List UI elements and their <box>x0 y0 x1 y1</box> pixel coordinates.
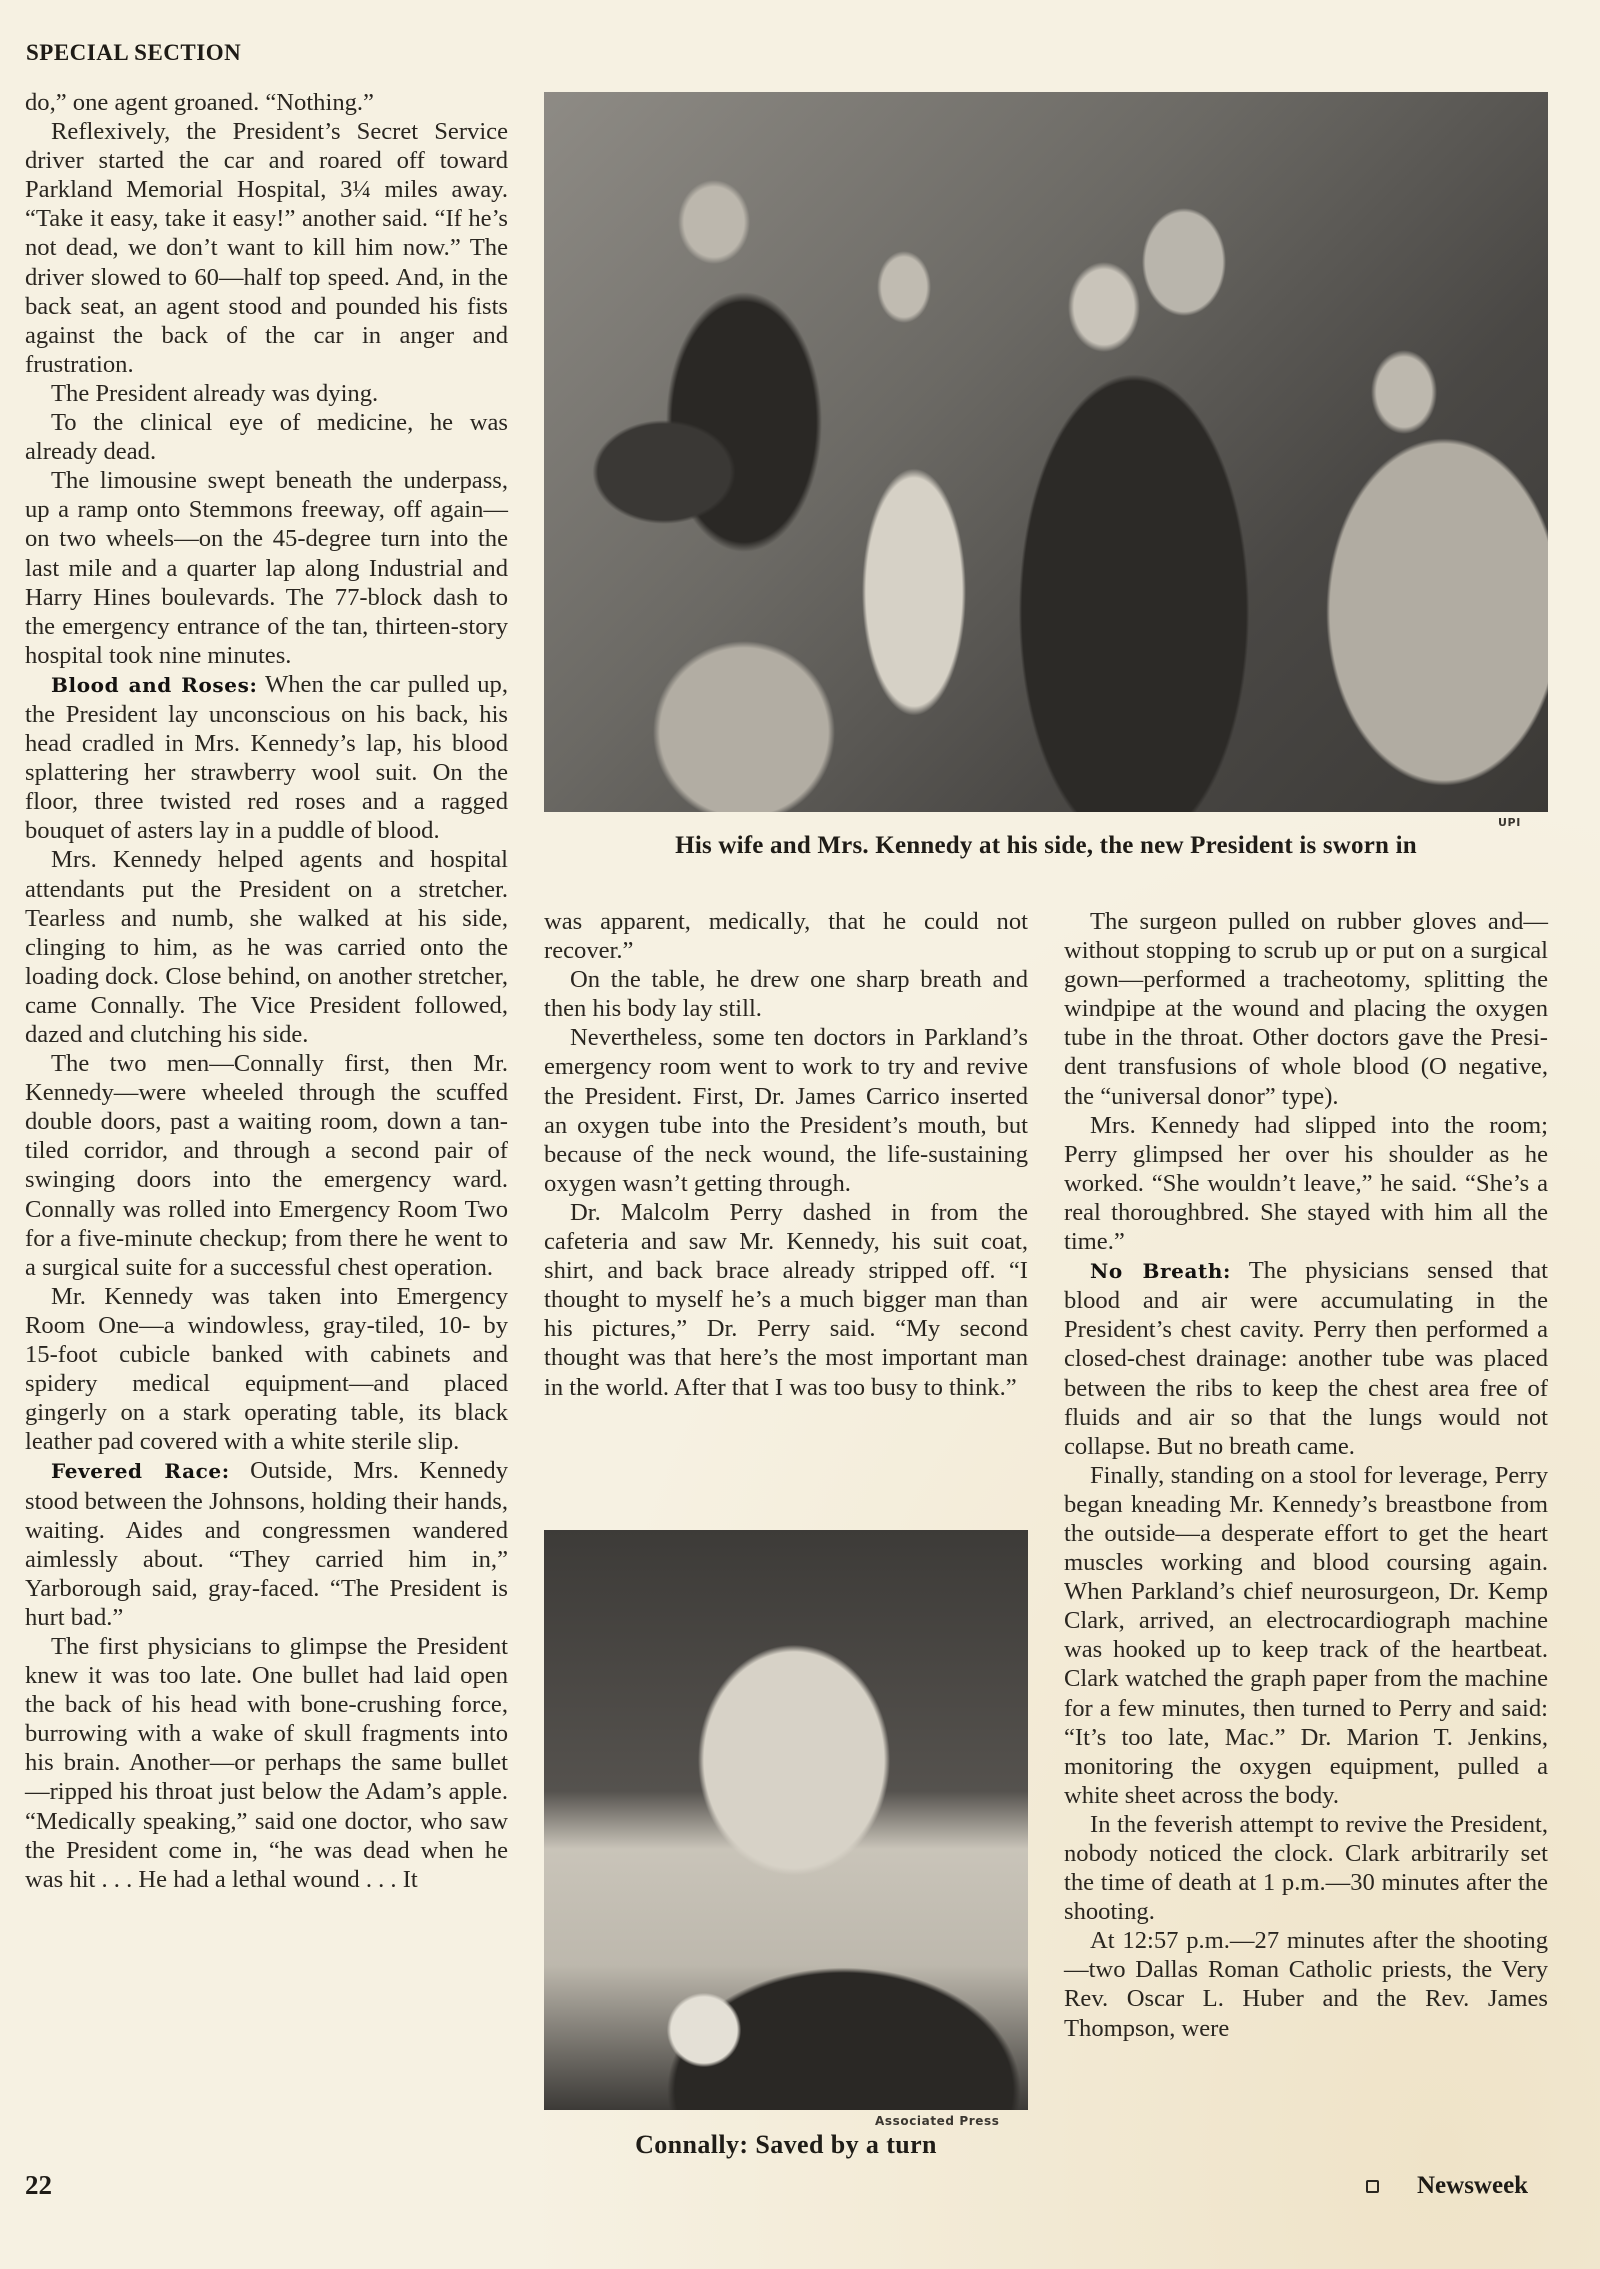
article-paragraph: Nevertheless, some ten doctors in Parkla… <box>544 1023 1028 1198</box>
paragraph-text: Nevertheless, some ten doctors in Parkla… <box>544 1024 1028 1196</box>
paragraph-text: Mrs. Kennedy had slipped into the room; … <box>1064 1112 1548 1255</box>
subhead-runin: Blood and Roses: <box>51 673 257 697</box>
article-paragraph: was apparent, medically, that he could n… <box>544 907 1028 965</box>
article-paragraph: Dr. Malcolm Perry dashed in from the caf… <box>544 1198 1028 1402</box>
article-paragraph: Blood and Roses: When the car pulled up,… <box>25 670 508 846</box>
photo-caption-bottom: Connally: Saved by a turn <box>544 2130 1028 2160</box>
article-paragraph: Finally, standing on a stool for lever­a… <box>1064 1461 1548 1810</box>
paragraph-text: Outside, Mrs. Ken­nedy stood between the… <box>25 1457 508 1630</box>
subhead-runin: No Breath: <box>1090 1259 1231 1283</box>
article-paragraph: The two men—Connally first, then Mr. Ken… <box>25 1049 508 1282</box>
paragraph-text: Dr. Malcolm Perry dashed in from the caf… <box>544 1199 1028 1401</box>
article-paragraph: The President already was dying. <box>25 379 508 408</box>
article-paragraph: Mr. Kennedy was taken into Emer­gency Ro… <box>25 1282 508 1457</box>
paragraph-text: do,” one agent groaned. “Nothing.” <box>25 89 374 116</box>
square-bullet-icon <box>1366 2180 1379 2193</box>
article-paragraph: In the feverish attempt to revive the Pr… <box>1064 1810 1548 1926</box>
paragraph-text: In the feverish attempt to revive the Pr… <box>1064 1811 1548 1925</box>
article-column-right: The surgeon pulled on rubber gloves and—… <box>1064 907 1548 2043</box>
article-paragraph: Mrs. Kennedy helped agents and hos­pital… <box>25 845 508 1049</box>
article-column-middle: was apparent, medically, that he could n… <box>544 907 1028 1402</box>
paragraph-text: The President already was dying. <box>51 380 378 407</box>
paragraph-text: Reflexively, the President’s Secret Serv… <box>25 118 508 378</box>
publication-name: Newsweek <box>1417 2172 1528 2200</box>
article-paragraph: Fevered Race: Outside, Mrs. Ken­nedy sto… <box>25 1456 508 1632</box>
article-column-left: do,” one agent groaned. “Nothing.”Reflex… <box>25 88 508 1894</box>
photo-caption-top: His wife and Mrs. Kennedy at his side, t… <box>544 832 1548 860</box>
article-paragraph: No Breath: The physicians sensed that bl… <box>1064 1256 1548 1461</box>
footer-brand: Newsweek <box>1366 2172 1528 2200</box>
paragraph-text: Mr. Kennedy was taken into Emer­gency Ro… <box>25 1283 508 1455</box>
article-paragraph: The limousine swept beneath the un­derpa… <box>25 466 508 670</box>
article-paragraph: The surgeon pulled on rubber gloves and—… <box>1064 907 1548 1111</box>
subhead-runin: Fevered Race: <box>51 1459 230 1483</box>
paragraph-text: The two men—Connally first, then Mr. Ken… <box>25 1050 508 1281</box>
paragraph-text: Mrs. Kennedy helped agents and hos­pital… <box>25 846 508 1048</box>
article-paragraph: At 12:57 p.m.—27 minutes after the shoot… <box>1064 1926 1548 2042</box>
paragraph-text: was apparent, medically, that he could n… <box>544 908 1028 964</box>
article-paragraph: Reflexively, the President’s Secret Serv… <box>25 117 508 379</box>
article-paragraph: Mrs. Kennedy had slipped into the room; … <box>1064 1111 1548 1256</box>
paragraph-text: The limousine swept beneath the un­derpa… <box>25 467 508 669</box>
article-paragraph: To the clinical eye of medicine, he was … <box>25 408 508 466</box>
page-number: 22 <box>25 2170 52 2201</box>
photo-credit-bottom: Associated Press <box>875 2114 1000 2128</box>
paragraph-text: At 12:57 p.m.—27 minutes after the shoot… <box>1064 1927 1548 2041</box>
paragraph-text: Finally, standing on a stool for lever­a… <box>1064 1462 1548 1809</box>
photo-credit-top: UPI <box>1498 816 1521 829</box>
article-paragraph: do,” one agent groaned. “Nothing.” <box>25 88 508 117</box>
paragraph-text: The physicians sensed that blood and air… <box>1064 1257 1548 1460</box>
connally-photo <box>544 1530 1028 2110</box>
article-paragraph: On the table, he drew one sharp breath a… <box>544 965 1028 1023</box>
paragraph-text: The surgeon pulled on rubber gloves and—… <box>1064 908 1548 1110</box>
paragraph-text: On the table, he drew one sharp breath a… <box>544 966 1028 1022</box>
section-label: SPECIAL SECTION <box>26 40 241 66</box>
paragraph-text: The first physicians to glimpse the Pres… <box>25 1633 508 1893</box>
article-paragraph: The first physicians to glimpse the Pres… <box>25 1632 508 1894</box>
swearing-in-photo <box>544 92 1548 812</box>
paragraph-text: To the clinical eye of medicine, he was … <box>25 409 508 465</box>
